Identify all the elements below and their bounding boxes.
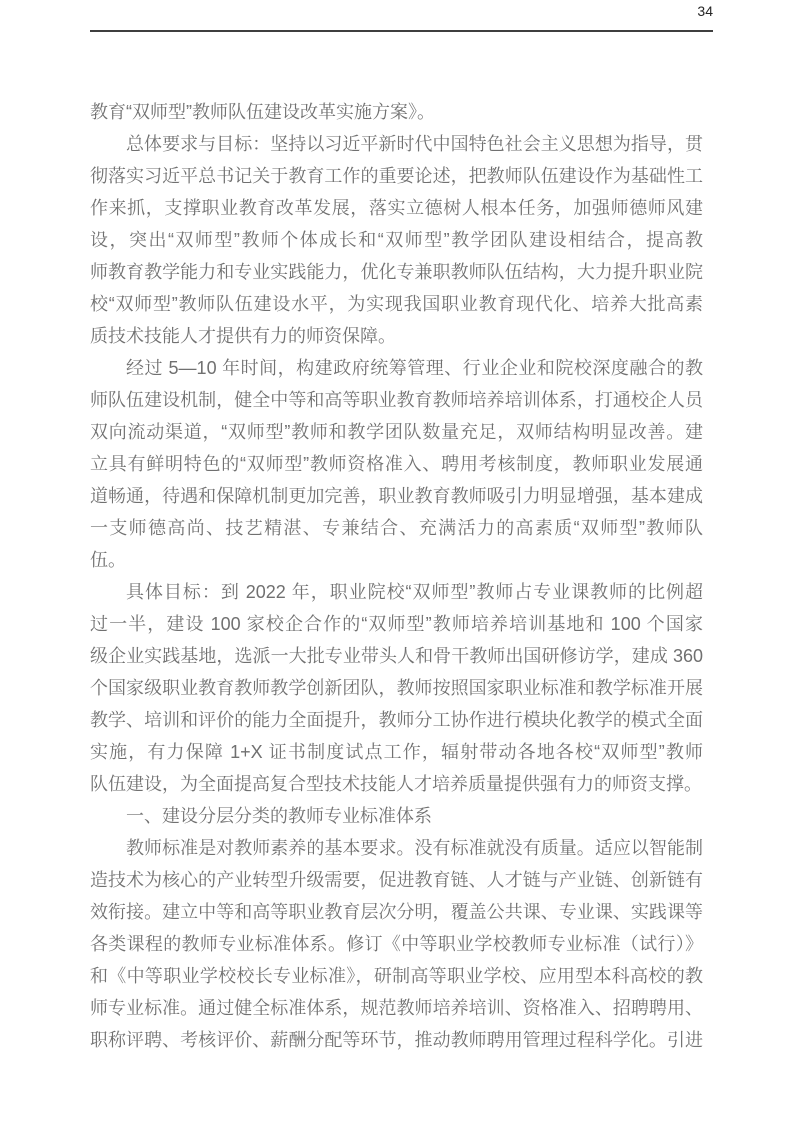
text-line: 各类课程的教师专业标准体系。修订《中等职业学校教师专业标准（试行）》 (90, 928, 703, 960)
paragraph-teacher-standards: 教师标准是对教师素养的基本要求。没有标准就没有质量。适应以智能制造技术为核心的产… (90, 832, 703, 1056)
text-line: 伍。 (90, 544, 703, 576)
text-line: 一支师德高尚、技艺精湛、专兼结合、充满活力的高素质“双师型”教师队 (90, 512, 703, 544)
text-line: 师教育教学能力和专业实践能力，优化专兼职教师队伍结构，大力提升职业院 (90, 256, 703, 288)
text-line: 队伍建设，为全面提高复合型技术技能人才培养质量提供强有力的师资支撑。 (90, 768, 703, 800)
page-number: 34 (0, 1, 713, 21)
text-line: 师专业标准。通过健全标准体系，规范教师培养培训、资格准入、招聘聘用、 (90, 992, 703, 1024)
paragraph-plan-title-end: 教育“双师型”教师队伍建设改革实施方案》。 (90, 96, 703, 128)
text-line: 过一半，建设 100 家校企合作的“双师型”教师培养培训基地和 100 个国家 (90, 608, 703, 640)
text-line: 具体目标：到 2022 年，职业院校“双师型”教师占专业课教师的比例超 (90, 576, 703, 608)
text-line: 设，突出“双师型”教师个体成长和“双师型”教学团队建设相结合，提高教 (90, 224, 703, 256)
text-line: 个国家级职业教育教师教学创新团队，教师按照国家职业标准和教学标准开展 (90, 672, 703, 704)
text-line: 双向流动渠道，“双师型”教师和教学团队数量充足，双师结构明显改善。建 (90, 416, 703, 448)
text-line: 总体要求与目标：坚持以习近平新时代中国特色社会主义思想为指导，贯 (90, 128, 703, 160)
text-line: 经过 5—10 年时间，构建政府统筹管理、行业企业和院校深度融合的教 (90, 352, 703, 384)
text-line: 立具有鲜明特色的“双师型”教师资格准入、聘用考核制度，教师职业发展通 (90, 448, 703, 480)
paragraph-specific-goals: 具体目标：到 2022 年，职业院校“双师型”教师占专业课教师的比例超过一半，建… (90, 576, 703, 800)
text-line: 级企业实践基地，选派一大批专业带头人和骨干教师出国研修访学，建成 360 (90, 640, 703, 672)
text-line: 作来抓，支撑职业教育改革发展，落实立德树人根本任务，加强师德师风建 (90, 192, 703, 224)
text-line: 彻落实习近平总书记关于教育工作的重要论述，把教师队伍建设作为基础性工 (90, 160, 703, 192)
document-body: 教育“双师型”教师队伍建设改革实施方案》。总体要求与目标：坚持以习近平新时代中国… (90, 96, 703, 1056)
text-line: 教学、培训和评价的能力全面提升，教师分工协作进行模块化教学的模式全面 (90, 704, 703, 736)
document-page: 34 教育“双师型”教师队伍建设改革实施方案》。总体要求与目标：坚持以习近平新时… (0, 0, 793, 1122)
text-line: 和《中等职业学校校长专业标准》，研制高等职业学校、应用型本科高校的教 (90, 960, 703, 992)
section-heading: 一、建设分层分类的教师专业标准体系 (90, 800, 703, 832)
text-line: 教育“双师型”教师队伍建设改革实施方案》。 (90, 96, 703, 128)
paragraph-5-10-years: 经过 5—10 年时间，构建政府统筹管理、行业企业和院校深度融合的教师队伍建设机… (90, 352, 703, 576)
text-line: 效衔接。建立中等和高等职业教育层次分明，覆盖公共课、专业课、实践课等 (90, 896, 703, 928)
text-line: 实施，有力保障 1+X 证书制度试点工作，辐射带动各地各校“双师型”教师 (90, 736, 703, 768)
text-line: 质技术技能人才提供有力的师资保障。 (90, 320, 703, 352)
text-line: 教师标准是对教师素养的基本要求。没有标准就没有质量。适应以智能制 (90, 832, 703, 864)
text-line: 师队伍建设机制，健全中等和高等职业教育教师培养培训体系，打通校企人员 (90, 384, 703, 416)
text-line: 一、建设分层分类的教师专业标准体系 (90, 800, 703, 832)
text-line: 校“双师型”教师队伍建设水平，为实现我国职业教育现代化、培养大批高素 (90, 288, 703, 320)
paragraph-overall-requirements: 总体要求与目标：坚持以习近平新时代中国特色社会主义思想为指导，贯彻落实习近平总书… (90, 128, 703, 352)
text-line: 职称评聘、考核评价、薪酬分配等环节，推动教师聘用管理过程科学化。引进 (90, 1024, 703, 1056)
text-line: 道畅通，待遇和保障机制更加完善，职业教育教师吸引力明显增强，基本建成 (90, 480, 703, 512)
text-line: 造技术为核心的产业转型升级需要，促进教育链、人才链与产业链、创新链有 (90, 864, 703, 896)
header-rule (90, 30, 713, 32)
